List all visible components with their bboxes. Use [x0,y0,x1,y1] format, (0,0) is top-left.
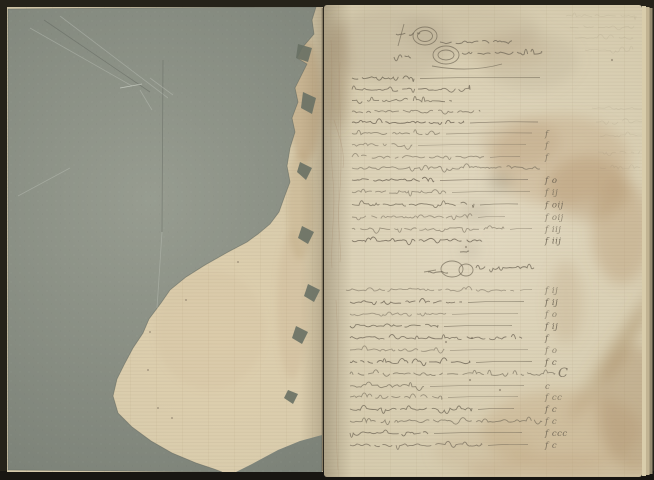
scan-canvas: ffff of ijf oijf oijf iijf iijf ijf ijf … [0,0,654,480]
dirt-speck [237,261,239,263]
entry-amount-mark: f oij [544,213,564,223]
dirt-speck [147,369,149,371]
ink-speck [465,246,467,248]
dirt-speck [185,299,187,301]
entry-amount-mark: f ij [544,298,558,308]
ink-speck [499,389,501,391]
ink-speck [445,341,447,343]
entry-amount-mark: f iij [544,237,561,247]
entry-amount-mark: f iij [544,225,561,235]
page-stack-edge [650,8,653,474]
entry-amount-mark: f ij [544,286,558,296]
ink-speck [469,379,471,381]
entry-amount-mark: f o [544,346,557,356]
stain [324,20,350,130]
dirt-speck [157,407,159,409]
entry-amount-mark: c [545,382,550,392]
entry-amount-mark: f oij [544,201,564,211]
page-stack-edge [642,6,646,476]
entry-amount-mark: f ij [544,322,558,332]
stain [460,202,492,222]
entry-amount-mark: f o [544,176,557,186]
entry-amount-mark: f c [544,417,557,427]
entry-amount-mark: f o [544,310,557,320]
stain [460,243,480,257]
dirt-speck [149,331,151,333]
entry-amount-mark: f ij [544,188,558,198]
dirt-speck [171,417,173,419]
entry-amount-mark: f c [544,405,557,415]
page-stack-edge [646,7,650,475]
stain [277,230,307,380]
left-page [7,7,323,472]
entry-amount-mark: f c [544,441,557,451]
entry-amount-mark: f cc [544,393,562,403]
right-page: ffff of ijf oijf oijf iijf iijf ijf ijf … [324,4,654,480]
ink-speck [611,59,613,61]
entry-amount-mark: C [558,366,568,381]
manuscript-scan: ffff of ijf oijf oijf iijf iijf ijf ijf … [0,0,654,480]
entry-amount-mark: f c [544,358,557,368]
stain [468,34,548,70]
entry-amount-mark: f ccc [544,429,568,439]
stain [487,173,513,191]
